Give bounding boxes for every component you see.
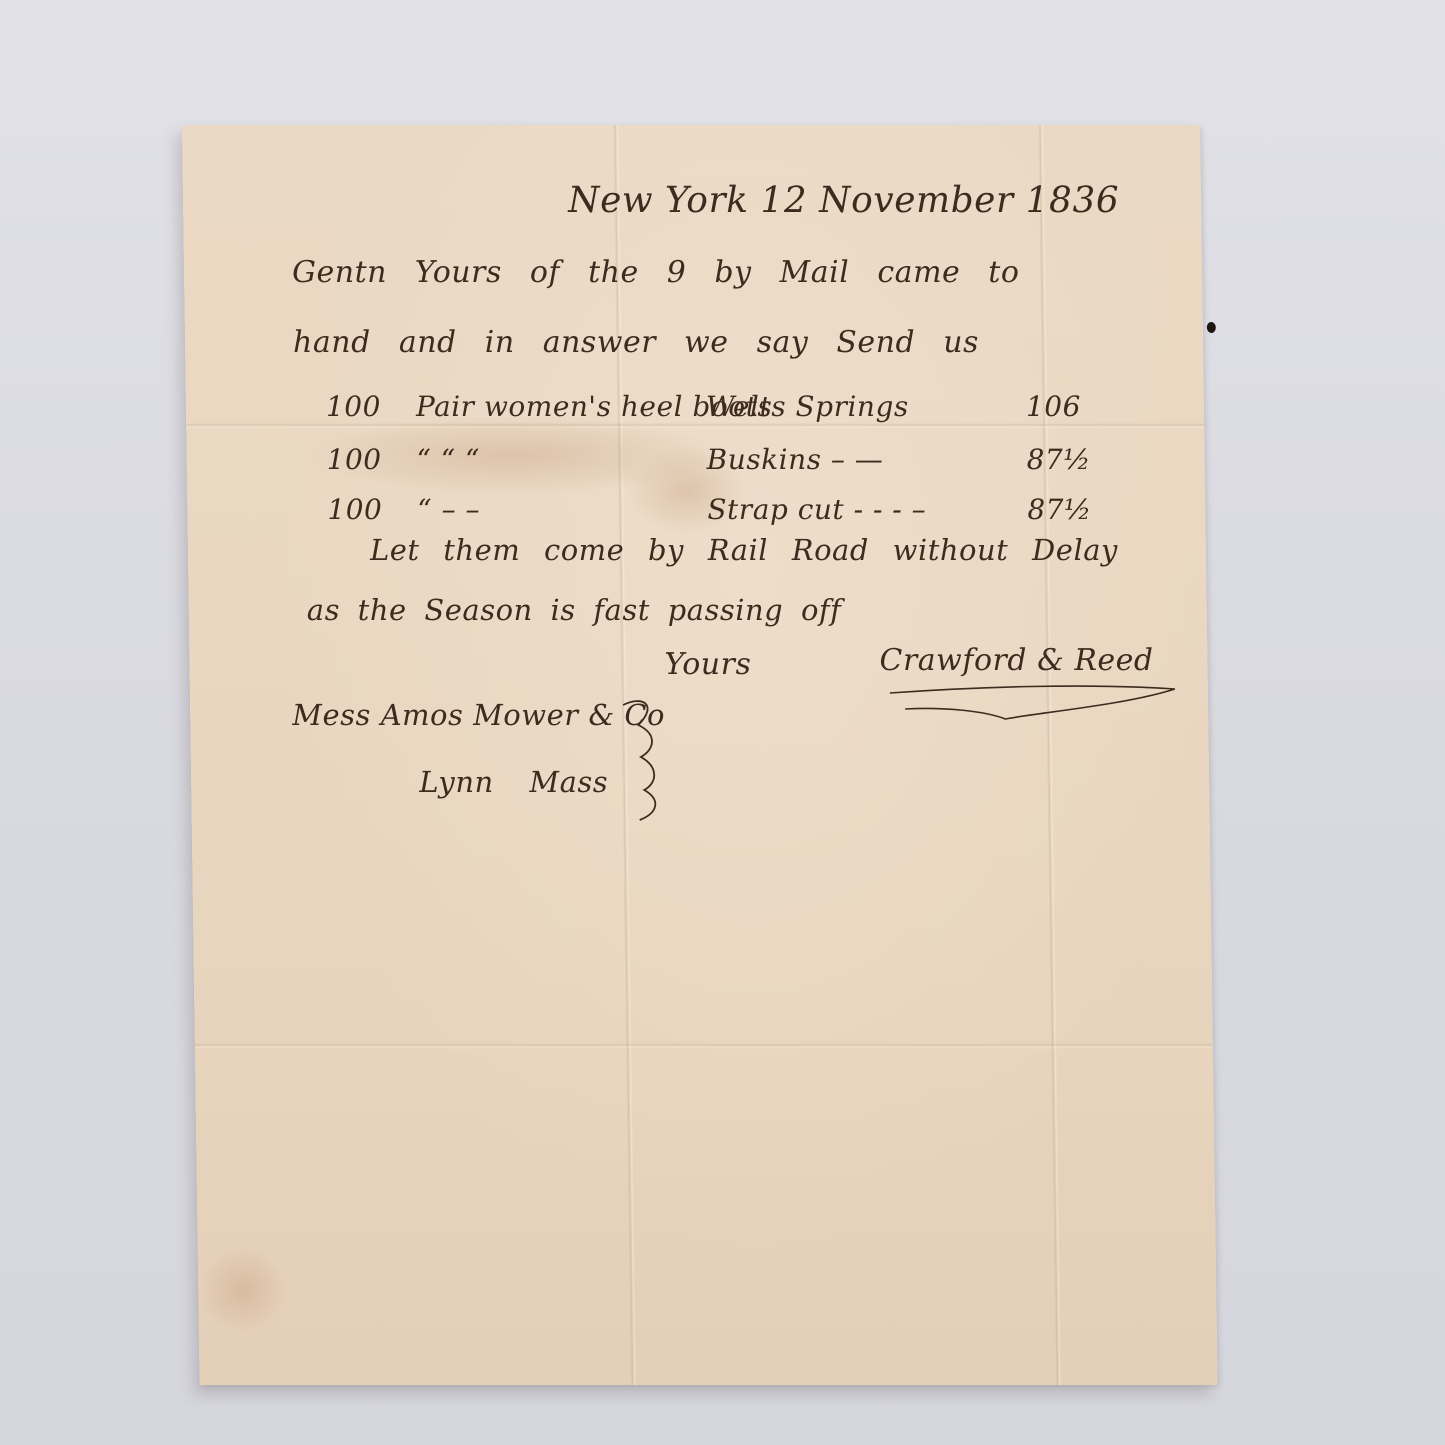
dateline: New York 12 November 1836 [568,180,1120,221]
order-qty: 100 [326,443,381,476]
shipping-line-1: Let them come by Rail Road without Delay [370,533,1118,567]
letter-sheet: New York 12 November 1836 Gentn Yours of… [182,125,1218,1385]
ink-blot [1207,322,1216,333]
order-desc: Buskins – — [706,443,883,476]
address-brace-icon [618,695,670,825]
water-stain [198,1245,289,1335]
order-price: 87½ [1026,443,1091,476]
order-qty: 100 [327,493,382,526]
closing: Yours [664,647,751,682]
fold-line-vertical-right [1038,125,1062,1385]
addressee-line-2: Lynn Mass [419,765,608,799]
order-desc: Strap cut - - - – [707,493,926,526]
body-line-2: hand and in answer we say Send us [293,325,979,360]
fold-line-horizontal-bottom [195,1043,1213,1049]
body-line-1: Gentn Yours of the 9 by Mail came to [292,255,1020,290]
addressee-line-1: Mess Amos Mower & Co [292,698,665,732]
order-price: 87½ [1027,493,1092,526]
order-price: 106 [1026,390,1081,423]
order-item: “ – – [417,493,480,526]
signature-flourish-icon [885,685,1186,725]
shipping-line-2: as the Season is fast passing off [307,593,842,627]
order-qty: 100 [326,390,381,423]
order-desc: Welts Springs [706,390,909,423]
order-item: “ “ “ [416,443,480,476]
fold-line-horizontal-top [186,423,1204,429]
signature: Crawford & Reed [879,643,1154,678]
